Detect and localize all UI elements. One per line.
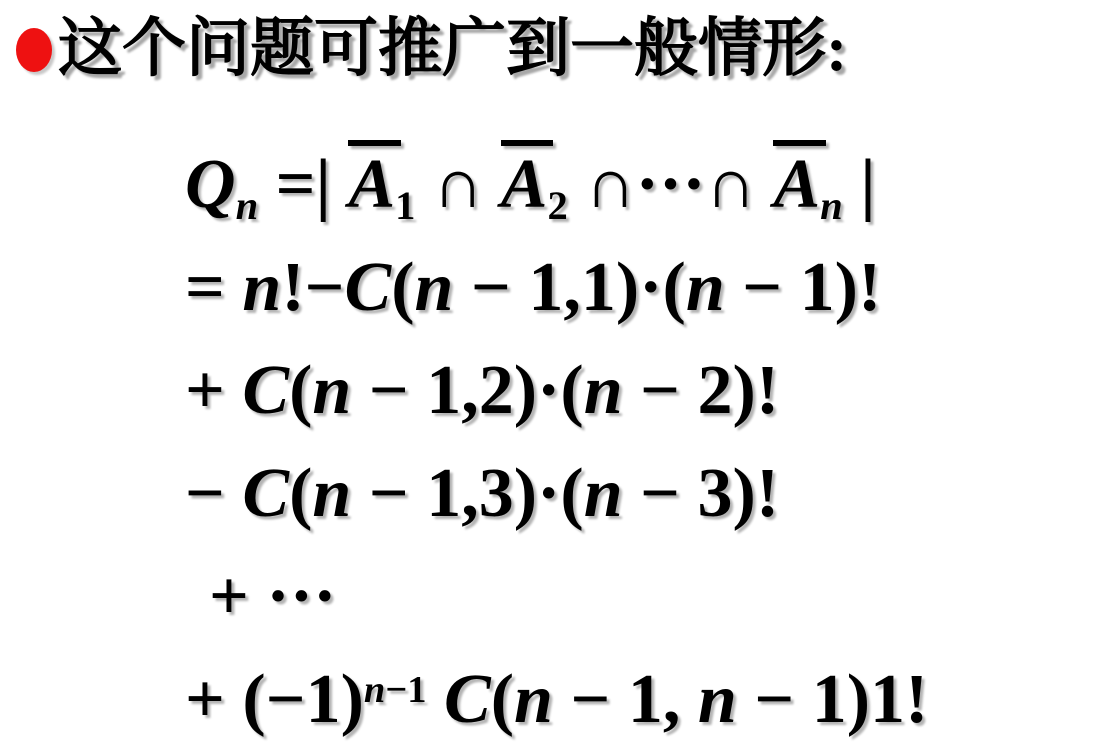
math-token: | — [316, 146, 349, 223]
slide-title: 这个问题可推广到一般情形: — [58, 10, 847, 88]
math-token: − 1,2)·( — [351, 352, 583, 429]
formula-line: = n!−C(n − 1,1)·(n − 1)! — [185, 236, 1105, 339]
math-token: ( — [289, 455, 312, 532]
math-token: − 1, — [553, 661, 698, 738]
formula-block: Qn =| A1 ∩ A2 ∩···∩ An |= n!−C(n − 1,1)·… — [185, 133, 1105, 750]
math-token: − 1)! — [725, 249, 882, 326]
math-token: n — [584, 455, 623, 532]
math-token: C — [242, 455, 289, 532]
math-token: n — [686, 249, 725, 326]
math-token: Q — [185, 146, 236, 223]
formula-line: + C(n − 1,2)·(n − 2)! — [185, 339, 1105, 442]
math-token: n — [514, 661, 553, 738]
slide: 这个问题可推广到一般情形: Qn =| A1 ∩ A2 ∩···∩ An |= … — [0, 0, 1112, 750]
math-token: ∩ — [415, 146, 500, 223]
math-token: + — [185, 352, 242, 429]
math-token: ( — [491, 661, 514, 738]
bullet-icon — [16, 28, 52, 72]
math-token: n — [242, 249, 281, 326]
math-token: n — [415, 249, 454, 326]
math-token: n — [584, 352, 623, 429]
math-token: − 1,3)·( — [351, 455, 583, 532]
math-token: − 1)1! — [737, 661, 929, 738]
math-token: −1 — [385, 669, 426, 711]
math-token: 1 — [395, 183, 415, 228]
math-token: n — [364, 669, 385, 711]
math-token: n — [312, 352, 351, 429]
math-token: n — [236, 183, 259, 228]
math-var-overbar: A — [348, 146, 395, 223]
math-var-overbar: A — [773, 146, 820, 223]
math-token — [427, 661, 445, 738]
math-token: = — [258, 146, 315, 223]
math-token: 2 — [547, 183, 567, 228]
math-token: n — [312, 455, 351, 532]
math-token: − — [185, 455, 242, 532]
math-token: C — [345, 249, 392, 326]
math-token: n — [820, 183, 843, 228]
math-token: C — [242, 352, 289, 429]
math-var-overbar: A — [501, 146, 548, 223]
math-token: C — [444, 661, 491, 738]
math-token: − 1,1)·( — [453, 249, 685, 326]
math-token: + ··· — [209, 558, 336, 635]
slide-title-row: 这个问题可推广到一般情形: — [16, 10, 847, 88]
math-token: = — [185, 249, 242, 326]
formula-line: + (−1)n−1 C(n − 1, n − 1)1! — [185, 648, 1105, 750]
math-token: − 3)! — [623, 455, 780, 532]
math-token: + (−1) — [185, 661, 364, 738]
math-token: ∩···∩ — [568, 146, 774, 223]
formula-line: Qn =| A1 ∩ A2 ∩···∩ An | — [185, 133, 1105, 236]
math-token: !− — [281, 249, 344, 326]
formula-line: − C(n − 1,3)·(n − 3)! — [185, 442, 1105, 545]
formula-line: + ··· — [185, 545, 1105, 648]
math-token: − 2)! — [623, 352, 780, 429]
math-token: n — [698, 661, 737, 738]
math-token: | — [843, 146, 876, 223]
math-token: ( — [289, 352, 312, 429]
math-token: ( — [391, 249, 414, 326]
